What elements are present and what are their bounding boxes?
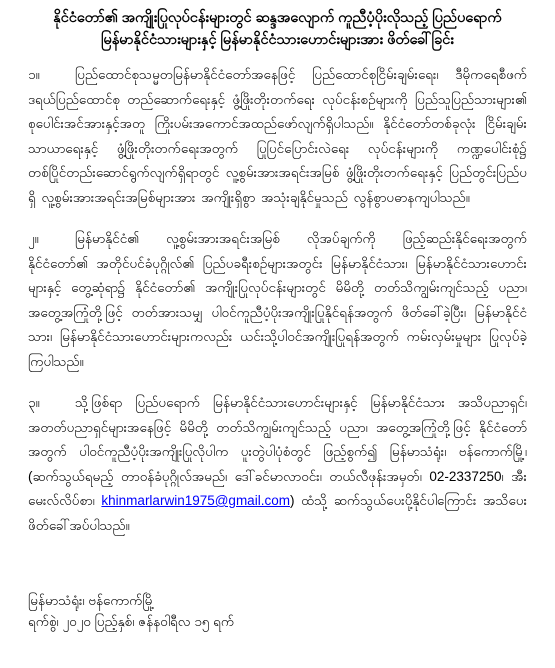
paragraph-1-text: ပြည်ထောင်စုသမ္မတမြန်မာနိုင်ငံတော်အနေဖြင့…	[28, 67, 527, 205]
paragraph-2-number: ၂။	[28, 227, 75, 252]
paragraph-1: ၁။ပြည်ထောင်စုသမ္မတမြန်မာနိုင်ငံတော်အနေဖြ…	[28, 63, 527, 210]
paragraph-2-text: မြန်မာနိုင်ငံ၏ လူ့စွမ်းအားအရင်းအမြစ် လို…	[28, 231, 527, 369]
paragraph-3-text-before-link: သို့ဖြစ်ရာ ပြည်ပရောက် မြန်မာနိုင်ငံသားဟေ…	[28, 395, 527, 508]
email-link[interactable]: khinmarlarwin1975@gmail.com	[101, 493, 290, 508]
title-line-2: မြန်မာနိုင်ငံသားများနှင့် မြန်မာနိုင်ငံသ…	[28, 29, 527, 51]
footer-date: ရက်စွဲ၊ ၂၀၂၀ ပြည့်နှစ်၊ ဇန်နဝါရီလ ၁၅ ရက်	[28, 611, 527, 632]
document-footer: မြန်မာသံရုံး၊ ဗန်ကောက်မြို့ ရက်စွဲ၊ ၂၀၂၀…	[28, 590, 527, 632]
paragraph-3: ၃။သို့ဖြစ်ရာ ပြည်ပရောက် မြန်မာနိုင်ငံသား…	[28, 391, 527, 538]
title-line-1: နိုင်ငံတော်၏ အကျိုးပြုလုပ်ငန်းများတွင် ဆ…	[28, 7, 527, 29]
paragraph-2: ၂။မြန်မာနိုင်ငံ၏ လူ့စွမ်းအားအရင်းအမြစ် လ…	[28, 227, 527, 374]
document-page: နိုင်ငံတော်၏ အကျိုးပြုလုပ်ငန်းများတွင် ဆ…	[0, 0, 555, 668]
paragraph-1-number: ၁။	[28, 63, 75, 88]
paragraph-3-number: ၃။	[28, 391, 75, 416]
footer-sender: မြန်မာသံရုံး၊ ဗန်ကောက်မြို့	[28, 590, 527, 611]
document-title: နိုင်ငံတော်၏ အကျိုးပြုလုပ်ငန်းများတွင် ဆ…	[28, 7, 527, 51]
